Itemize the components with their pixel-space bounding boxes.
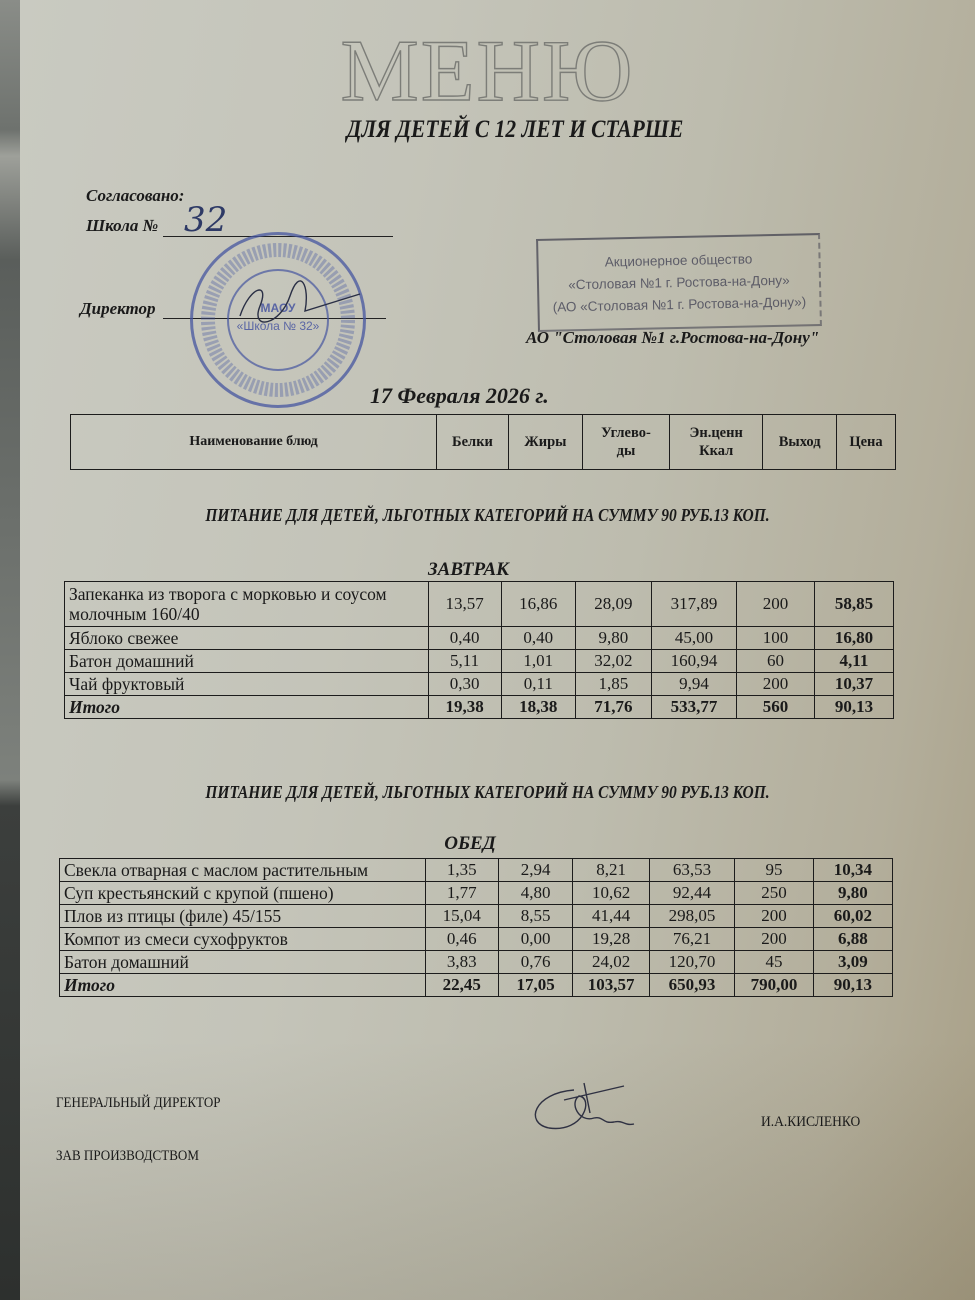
table-row: Батон домашний3,830,7624,02120,70453,09	[60, 951, 893, 974]
cell-yield: 95	[735, 859, 813, 882]
col-carbs: Углево-ды	[582, 415, 669, 470]
cell-carbs: 8,21	[573, 859, 650, 882]
cell-price: 6,88	[813, 928, 892, 951]
col-energy: Эн.ценнКкал	[670, 415, 763, 470]
cell-fat: 0,40	[501, 627, 575, 650]
dish-name: Компот из смеси сухофруктов	[60, 928, 426, 951]
cell-yield: 560	[737, 696, 815, 719]
menu-subtitle: ДЛЯ ДЕТЕЙ С 12 ЛЕТ И СТАРШЕ	[72, 116, 958, 144]
production-head-label: ЗАВ ПРОИЗВОДСТВОМ	[56, 1148, 199, 1165]
cell-carbs: 24,02	[573, 951, 650, 974]
menu-title: МЕНЮ	[0, 28, 975, 116]
cell-fat: 8,55	[498, 905, 572, 928]
col-name: Наименование блюд	[71, 415, 437, 470]
cell-protein: 1,35	[425, 859, 498, 882]
general-director-label: ГЕНЕРАЛЬНЫЙ ДИРЕКТОР	[56, 1095, 221, 1112]
general-director-name: И.А.КИСЛЕНКО	[761, 1114, 860, 1131]
column-header-table: Наименование блюд Белки Жиры Углево-ды Э…	[70, 414, 896, 470]
cell-yield: 250	[735, 882, 813, 905]
cell-price: 10,37	[814, 673, 893, 696]
cell-fat: 2,94	[498, 859, 572, 882]
cell-yield: 60	[737, 650, 815, 673]
cell-price: 60,02	[813, 905, 892, 928]
cell-carbs: 19,28	[573, 928, 650, 951]
cell-energy: 120,70	[649, 951, 734, 974]
cell-fat: 0,00	[498, 928, 572, 951]
breakfast-table: Запеканка из творога с морковью и соусом…	[64, 581, 894, 719]
cell-energy: 650,93	[649, 974, 734, 997]
director-label: Директор	[80, 299, 156, 319]
cell-fat: 0,76	[498, 951, 572, 974]
cell-fat: 4,80	[498, 882, 572, 905]
breakfast-note: ПИТАНИЕ ДЛЯ ДЕТЕЙ, ЛЬГОТНЫХ КАТЕГОРИЙ НА…	[68, 505, 907, 526]
cell-yield: 200	[737, 582, 815, 627]
col-yield: Выход	[763, 415, 837, 470]
cell-protein: 19,38	[428, 696, 501, 719]
cell-carbs: 71,76	[575, 696, 651, 719]
dish-name: Чай фруктовый	[65, 673, 429, 696]
menu-date: 17 Февраля 2026 г.	[370, 383, 549, 409]
table-row: Компот из смеси сухофруктов0,460,0019,28…	[60, 928, 893, 951]
cell-yield: 45	[735, 951, 813, 974]
breakfast-title: ЗАВТРАК	[0, 559, 937, 581]
cell-carbs: 32,02	[575, 650, 651, 673]
lunch-table: Свекла отварная с маслом растительным1,3…	[59, 858, 893, 997]
cell-yield: 100	[737, 627, 815, 650]
dish-name: Суп крестьянский с крупой (пшено)	[60, 882, 426, 905]
table-row: Запеканка из творога с морковью и соусом…	[65, 582, 894, 627]
cell-carbs: 103,57	[573, 974, 650, 997]
cell-fat: 17,05	[498, 974, 572, 997]
cell-price: 90,13	[814, 696, 893, 719]
dish-name: Батон домашний	[60, 951, 426, 974]
lunch-title: ОБЕД	[0, 833, 940, 855]
cell-carbs: 10,62	[573, 882, 650, 905]
cell-energy: 9,94	[651, 673, 736, 696]
cell-fat: 16,86	[501, 582, 575, 627]
cell-yield: 790,00	[735, 974, 813, 997]
cell-protein: 5,11	[428, 650, 501, 673]
general-director-signature-icon	[524, 1078, 684, 1138]
cell-yield: 200	[737, 673, 815, 696]
cell-fat: 0,11	[501, 673, 575, 696]
cell-energy: 317,89	[651, 582, 736, 627]
table-row: Плов из птицы (филе) 45/15515,048,5541,4…	[60, 905, 893, 928]
dish-name: Итого	[60, 974, 426, 997]
table-row: Суп крестьянский с крупой (пшено)1,774,8…	[60, 882, 893, 905]
school-number-handwritten: 32	[184, 200, 227, 240]
cell-energy: 92,44	[649, 882, 734, 905]
col-protein: Белки	[437, 415, 509, 470]
cell-price: 58,85	[814, 582, 893, 627]
organization-stamp: Акционерное общество «Столовая №1 г. Рос…	[536, 233, 822, 332]
dish-name: Свекла отварная с маслом растительным	[60, 859, 426, 882]
total-row: Итого22,4517,05103,57650,93790,0090,13	[60, 974, 893, 997]
cell-carbs: 1,85	[575, 673, 651, 696]
cell-yield: 200	[735, 905, 813, 928]
cell-protein: 3,83	[425, 951, 498, 974]
dish-name: Яблоко свежее	[65, 627, 429, 650]
cell-fat: 1,01	[501, 650, 575, 673]
cell-energy: 76,21	[649, 928, 734, 951]
cell-price: 9,80	[813, 882, 892, 905]
dish-name: Итого	[65, 696, 429, 719]
table-row: Свекла отварная с маслом растительным1,3…	[60, 859, 893, 882]
org-stamp-line-3: (АО «Столовая №1 г. Ростова-на-Дону»)	[539, 291, 819, 319]
cell-protein: 0,40	[428, 627, 501, 650]
col-price: Цена	[836, 415, 895, 470]
cell-protein: 15,04	[425, 905, 498, 928]
director-signature-icon	[230, 276, 370, 336]
cell-fat: 18,38	[501, 696, 575, 719]
cell-carbs: 28,09	[575, 582, 651, 627]
table-row: Яблоко свежее0,400,409,8045,0010016,80	[65, 627, 894, 650]
cell-energy: 63,53	[649, 859, 734, 882]
lunch-note: ПИТАНИЕ ДЛЯ ДЕТЕЙ, ЛЬГОТНЫХ КАТЕГОРИЙ НА…	[68, 782, 907, 803]
dish-name: Запеканка из творога с морковью и соусом…	[65, 582, 429, 627]
cell-price: 16,80	[814, 627, 893, 650]
total-row: Итого19,3818,3871,76533,7756090,13	[65, 696, 894, 719]
cell-energy: 45,00	[651, 627, 736, 650]
cell-protein: 0,46	[425, 928, 498, 951]
cell-price: 4,11	[814, 650, 893, 673]
cell-protein: 0,30	[428, 673, 501, 696]
cell-carbs: 9,80	[575, 627, 651, 650]
agreed-label: Согласовано:	[86, 186, 184, 206]
cell-energy: 298,05	[649, 905, 734, 928]
dish-name: Плов из птицы (филе) 45/155	[60, 905, 426, 928]
dish-name: Батон домашний	[65, 650, 429, 673]
cell-price: 90,13	[813, 974, 892, 997]
cell-protein: 22,45	[425, 974, 498, 997]
cell-yield: 200	[735, 928, 813, 951]
cell-price: 3,09	[813, 951, 892, 974]
cell-carbs: 41,44	[573, 905, 650, 928]
organization-name: АО "Столовая №1 г.Ростова-на-Дону"	[526, 328, 819, 348]
school-label: Школа №	[86, 216, 158, 236]
table-row: Чай фруктовый0,300,111,859,9420010,37	[65, 673, 894, 696]
cell-protein: 1,77	[425, 882, 498, 905]
cell-protein: 13,57	[428, 582, 501, 627]
col-fat: Жиры	[508, 415, 582, 470]
cell-energy: 533,77	[651, 696, 736, 719]
table-row: Батон домашний5,111,0132,02160,94604,11	[65, 650, 894, 673]
cell-price: 10,34	[813, 859, 892, 882]
cell-energy: 160,94	[651, 650, 736, 673]
